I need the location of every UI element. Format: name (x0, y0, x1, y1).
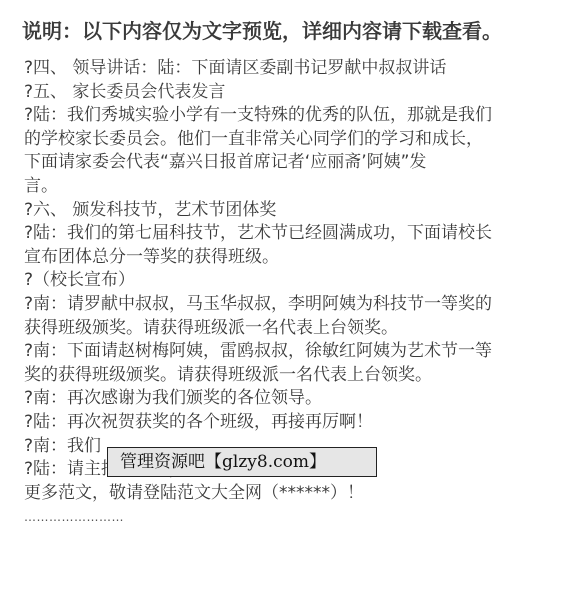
text-line: 言。 (24, 175, 564, 199)
trailing-dots: …………………… (24, 505, 564, 527)
text-line: 奖的获得班级颁奖。请获得班级派一名代表上台领奖。 (24, 364, 564, 388)
text-line: ?（校长宣布） (24, 269, 564, 293)
text-line: 更多范文，敬请登陆范文大全网（******）！ (24, 482, 564, 506)
text-line: 宣布团体总分一等奖的获得班级。 (24, 246, 564, 270)
text-line: 下面请家委会代表“嘉兴日报首席记者‘应丽斋’阿姨”发 (24, 151, 564, 175)
text-line: 的学校家长委员会。他们一直非常关心同学们的学习和成长， (24, 128, 564, 152)
text-line: ?六、 颁发科技节，艺术节团体奖 (24, 199, 564, 223)
text-line: 获得班级颁奖。请获得班级派一名代表上台领奖。 (24, 317, 564, 341)
text-line: ?南：请罗献中叔叔，马玉华叔叔，李明阿姨为科技节一等奖的 (24, 293, 564, 317)
text-line: ?南：下面请赵树梅阿姨，雷鸥叔叔，徐敏红阿姨为艺术节一等 (24, 340, 564, 364)
text-line: ?陆：我们秀城实验小学有一支特殊的优秀的队伍，那就是我们 (24, 104, 564, 128)
text-line: ?五、 家长委员会代表发言 (24, 81, 564, 105)
watermark-banner: 管理资源吧【glzy8.com】 (107, 447, 377, 477)
text-line: ?陆：再次祝贺获奖的各个班级，再接再厉啊！ (24, 411, 564, 435)
text-line: ?四、 领导讲话：陆：下面请区委副书记罗献中叔叔讲话 (24, 57, 564, 81)
document-title: 说明：以下内容仅为文字预览，详细内容请下载查看。 (22, 17, 502, 45)
text-line: ?南：再次感谢为我们颁奖的各位领导。 (24, 387, 564, 411)
text-line: ?陆：我们的第七届科技节，艺术节已经圆满成功，下面请校长 (24, 222, 564, 246)
